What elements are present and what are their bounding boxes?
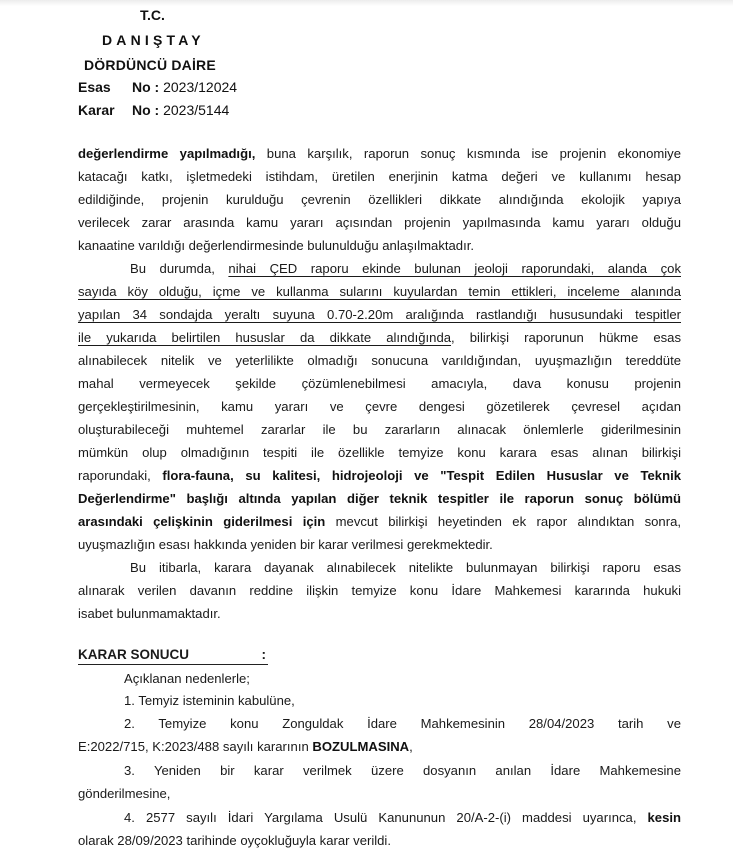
text-line: ile yukarıda belirtilen hususlar da dikk… [78, 329, 681, 347]
text-line: yapılan 34 sondajda yeraltı suyuna 0.70-… [78, 306, 681, 324]
text-line: alınabilecek nitelik ve yeterlilikte olm… [78, 352, 681, 370]
decision-intro: Açıklanan nedenlerle; [78, 670, 681, 688]
decision-heading: KARAR SONUCU : [78, 646, 268, 665]
text-line: oluşturabileceği muhtemel zararlar ile b… [78, 421, 681, 439]
text-line: alınarak verilen davanın reddine ilişkin… [78, 582, 681, 600]
text-line: sayıda köy olduğu, içme ve kullanma sula… [78, 283, 681, 301]
text-line: kanaatine varıldığı değerlendirmesinde b… [78, 237, 681, 255]
text-line: mahal vermeyecek şekilde çözümlenebilmes… [78, 375, 681, 393]
text-line: uyuşmazlığın esası hakkında yeniden bir … [78, 536, 681, 554]
text-line: Değerlendirme" başlığı altında yapılan d… [78, 490, 681, 508]
decision-item-2-cont: E:2022/715, K:2023/488 sayılı kararının … [78, 738, 681, 756]
text-line: Bu itibarla, karara dayanak alınabilecek… [78, 559, 681, 577]
text-line: arasındaki çelişkinin giderilmesi için m… [78, 513, 681, 531]
header-tc: T.C. [140, 6, 165, 24]
karar-number: No : 2023/5144 [132, 101, 229, 119]
decision-item-2: 2. Temyize konu Zonguldak İdare Mahkemes… [78, 715, 681, 733]
text-line: mümkün olup olmadığının tespiti ile özel… [78, 444, 681, 462]
page-top-shadow [0, 0, 733, 6]
text-line: raporundaki, flora-fauna, su kalitesi, h… [78, 467, 681, 485]
text-line: değerlendirme yapılmadığı, buna karşılık… [78, 145, 681, 163]
decision-item-3: 3. Yeniden bir karar verilmek üzere dosy… [78, 762, 681, 780]
karar-label: Karar [78, 101, 115, 119]
header-chamber: DÖRDÜNCÜ DAİRE [84, 56, 216, 74]
text-line: isabet bulunmamaktadır. [78, 605, 681, 623]
text-line: verilecek zarar arasında kamu yararı açı… [78, 214, 681, 232]
decision-item-3-cont: gönderilmesine, [78, 785, 681, 803]
decision-item-4: 4. 2577 sayılı İdari Yargılama Usulü Kan… [78, 809, 681, 827]
decision-item-1: 1. Temyiz isteminin kabulüne, [78, 692, 681, 710]
esas-label: Esas [78, 78, 111, 96]
text-line: katacağı katkı, işletmedeki istihdam, ür… [78, 168, 681, 186]
text-line: edildiğinde, projenin kurulduğu çevrenin… [78, 191, 681, 209]
decision-item-4-cont: olarak 28/09/2023 tarihinde oyçokluğuyla… [78, 832, 681, 850]
header-court-name: DANIŞTAY [102, 31, 205, 49]
text-line: Bu durumda, nihai ÇED raporu ekinde bulu… [78, 260, 681, 278]
esas-number: No : 2023/12024 [132, 78, 237, 96]
text-line: gerçekleştirilmesinin, kamu yararı ve çe… [78, 398, 681, 416]
